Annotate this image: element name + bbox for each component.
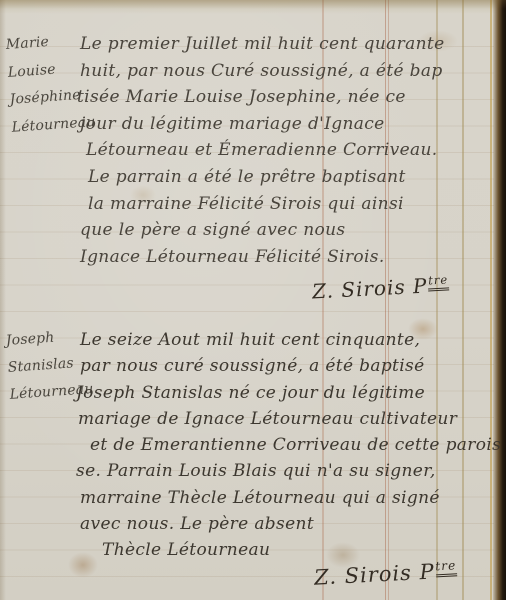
page-left-edge [0,0,6,600]
register-line: Létourneau et Émeradienne Corriveau. [86,137,494,164]
margin-name-line: Létourneau [11,109,87,142]
register-line: Le seize Aout mil huit cent cinquante, [80,327,494,353]
register-line: la marraine Félicité Sirois qui ainsi [88,191,494,218]
signature-text: Z. Sirois P [313,559,435,589]
priest-signature-1: Z. Sirois Ptre [311,272,449,303]
register-line: mariage de Ignace Létourneau cultivateur [78,406,494,432]
signature-superscript: tre [428,273,449,292]
register-line: Joseph Stanislas né ce jour du légitime [76,380,494,406]
page-binding-edge [493,0,506,600]
register-line: Ignace Létourneau Félicité Sirois. [80,244,494,271]
register-line: se. Parrain Louis Blais qui n'a su signe… [76,458,494,484]
signature-text: Z. Sirois P [311,274,428,304]
margin-name-entry1: Marie Louise Joséphine Létourneau [5,27,87,142]
register-line: que le père a signé avec nous [80,217,494,244]
baptism-entry-2: Le seize Aout mil huit cent cinquante, p… [80,327,494,564]
register-line: marraine Thècle Létourneau qui a signé [80,485,494,511]
baptism-entry-1: Le premier Juillet mil huit cent quarant… [80,31,494,270]
page-top-edge [0,0,506,9]
register-line: avec nous. Le père absent [80,511,494,537]
margin-name-line: Létourneau [9,377,85,409]
register-line: huit, par nous Curé soussigné, a été bap [80,58,494,85]
register-line: jour du légitime mariage d'Ignace [80,111,494,138]
signature-superscript: tre [435,558,457,577]
register-page: Marie Louise Joséphine Létourneau Joseph… [0,0,506,600]
register-line: par nous curé soussigné, a été baptisé [80,353,494,379]
register-line: et de Emerantienne Corriveau de cette pa… [90,432,494,458]
margin-name-entry2: Joseph Stanislas Létourneau [5,323,85,410]
register-line: Le premier Juillet mil huit cent quarant… [80,31,494,58]
register-line: tisée Marie Louise Josephine, née ce [77,84,494,111]
register-line: Le parrain a été le prêtre baptisant [88,164,494,191]
